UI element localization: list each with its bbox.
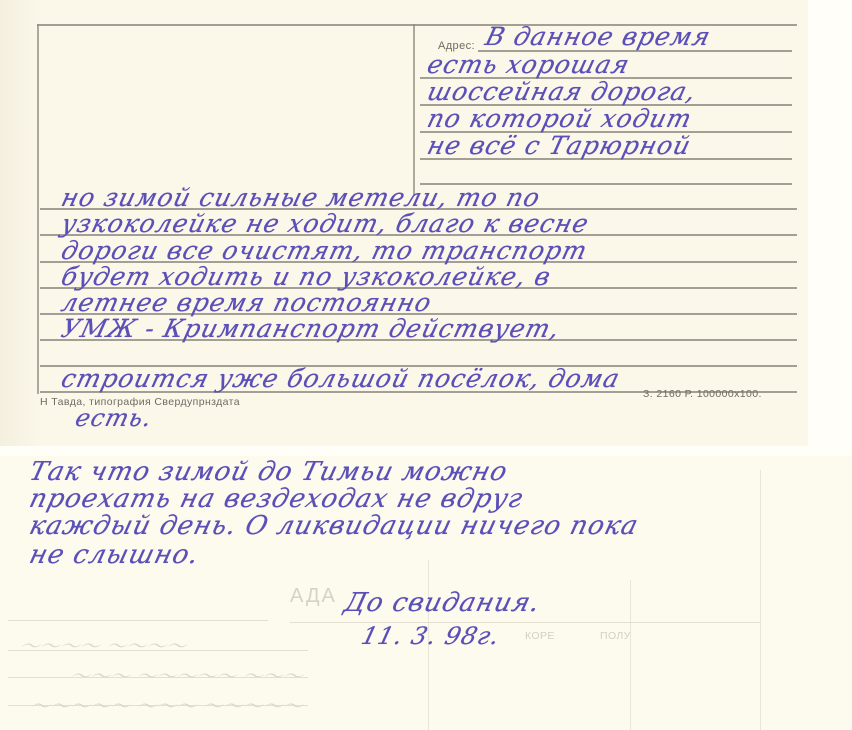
print-run-code: З. 2160 Р. 100000х100.	[643, 388, 762, 400]
letter-date: 11. 3. 98г.	[359, 622, 504, 650]
message-line: строится уже большой посёлок, дома	[58, 364, 623, 393]
message-line: летнее время постоянно	[58, 288, 435, 317]
bleed-through-handwriting: ～～～～ ～～～～	[16, 630, 190, 659]
continuation-line: проехать на вездеходах не вдруг	[26, 484, 526, 514]
continuation-line: не слышно.	[26, 540, 202, 570]
bleed-through-header: КОРЕ	[525, 630, 555, 642]
printer-imprint: Н Тавда, типография Свердупрнздата	[40, 396, 240, 408]
message-line: узкоколейке не ходит, благо к весне	[58, 209, 592, 238]
message-line: но зимой сильные метели, то по	[58, 183, 543, 212]
bleed-through-heading: АДА	[290, 585, 337, 608]
address-divider-rule	[413, 24, 415, 196]
bleed-through-header: ПОЛУ	[600, 630, 631, 642]
bleed-through-rule	[8, 620, 268, 621]
frame-left-rule	[37, 24, 39, 394]
scan-gap	[0, 446, 852, 456]
bleed-through-handwriting: ～～～ ～～～～～ ～～～	[66, 660, 306, 689]
address-line: по которой ходит	[424, 104, 695, 133]
message-line: будет ходить и по узкоколейке, в	[58, 262, 554, 291]
scan-margin	[808, 0, 852, 446]
continuation-line: Так что зимой до Тимьи можно	[26, 457, 511, 487]
signoff: До свидания.	[341, 588, 543, 618]
address-line: шоссейная дорога,	[424, 77, 699, 106]
bleed-through-column	[760, 470, 761, 730]
address-line: В данное время	[482, 22, 714, 51]
address-line: не всё с Тарюрной	[424, 131, 694, 160]
continuation-line: каждый день. О ликвидации ничего пока	[26, 511, 641, 541]
address-line: есть хорошая	[424, 50, 633, 79]
bleed-through-rule	[290, 622, 760, 623]
bleed-through-handwriting: ～～～～～ ～～～ ～～～～～	[26, 690, 306, 719]
paper-edge-shadow	[0, 0, 40, 446]
bleed-through-column	[630, 580, 631, 730]
message-line: УМЖ - Кримпанспорт действует,	[58, 314, 563, 343]
message-line: дороги все очистят, то транспорт	[58, 236, 590, 265]
message-line: есть.	[73, 404, 156, 432]
